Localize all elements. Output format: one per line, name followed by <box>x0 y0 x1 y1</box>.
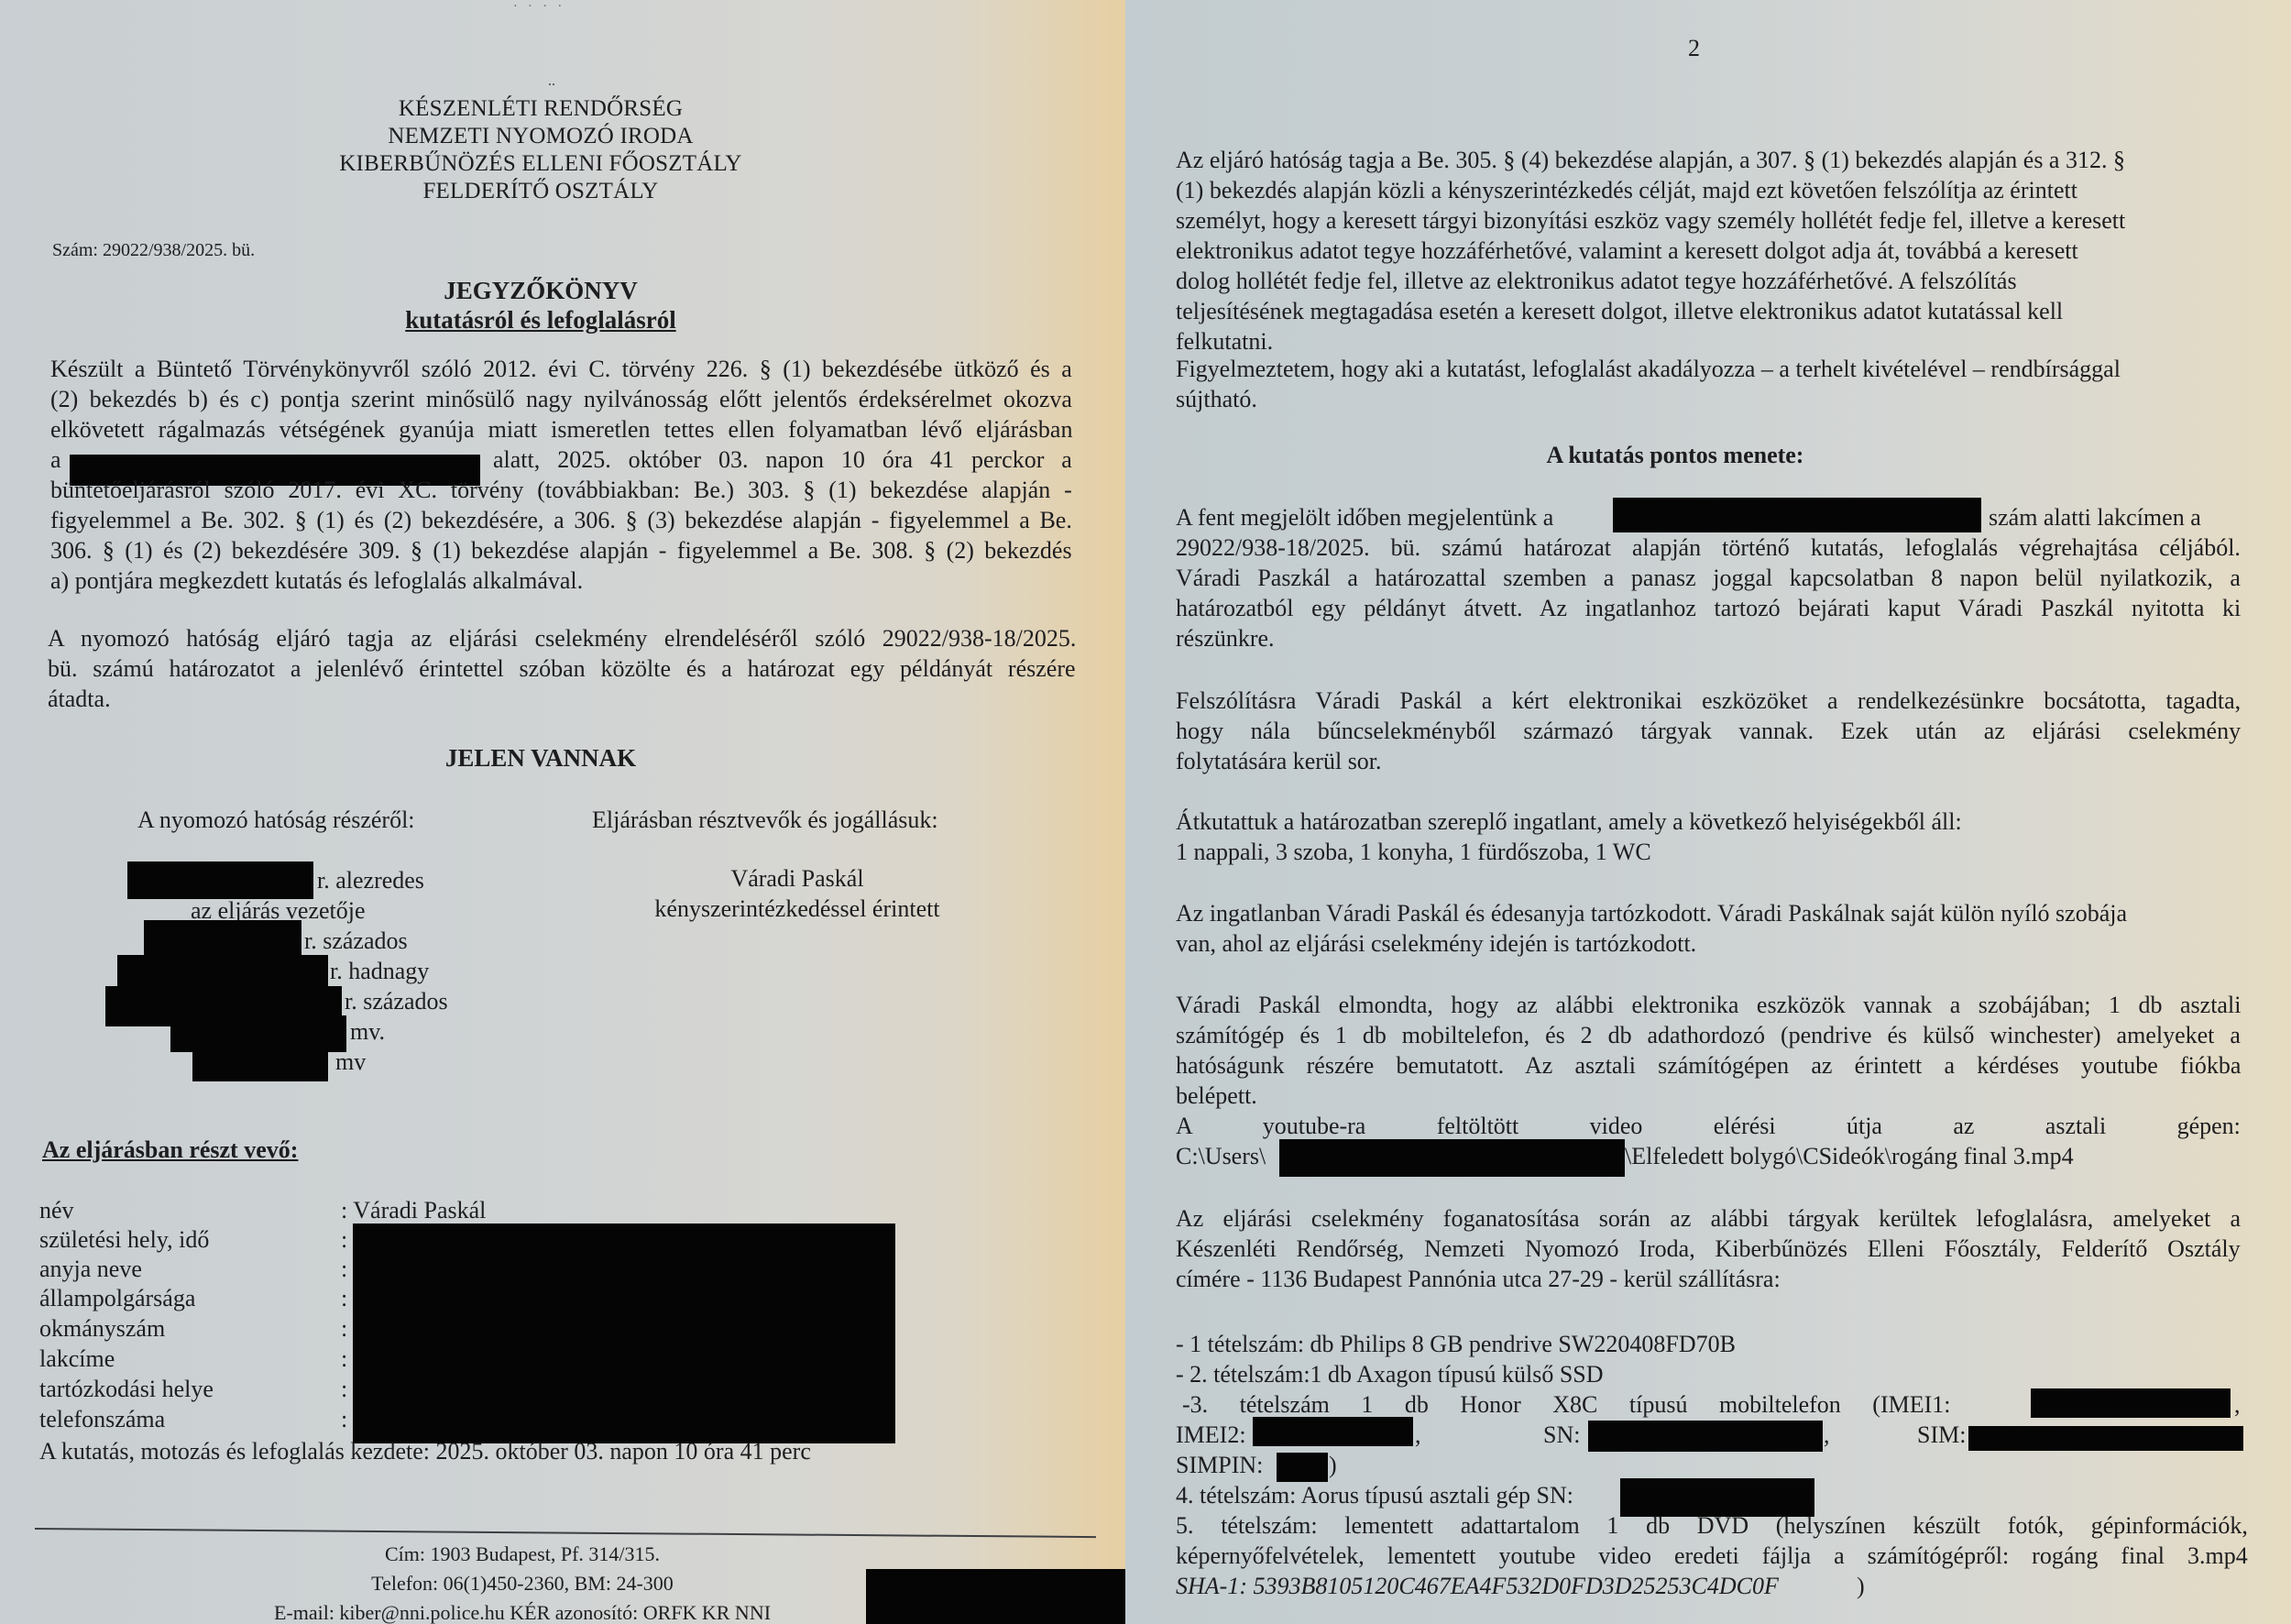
field-value: : <box>341 1283 347 1313</box>
video-path-prefix: C:\Users\ <box>1176 1141 1266 1171</box>
devices-line-1: Váradi Paskál elmondta, hogy az alábbi e… <box>1176 990 2241 1020</box>
arrival-line-4: határozatból egy példányt átvett. Az ing… <box>1176 593 2241 623</box>
redacted-phone-sn <box>1588 1421 1823 1452</box>
redacted-username <box>1279 1139 1625 1177</box>
intro-line-3: elkövetett rágalmazás vétségének gyanúja… <box>50 414 1072 444</box>
legal-line-1: Az eljáró hatóság tagja a Be. 305. § (4)… <box>1176 145 2125 175</box>
member-rank: r. százados <box>345 986 448 1016</box>
field-value: : <box>341 1254 347 1284</box>
participant-name: Váradi Paskál <box>605 865 990 893</box>
redacted-name <box>192 1045 328 1081</box>
redacted-simpin <box>1277 1453 1328 1482</box>
item5-close: ) <box>1857 1571 1865 1601</box>
redacted-sim <box>1968 1426 2243 1451</box>
summons-line-2: hogy nála bűncselekményből származó tárg… <box>1176 716 2241 746</box>
intro-line-4-prefix: a <box>50 444 61 475</box>
devices-line-5: A youtube-ra feltöltött video elérési út… <box>1176 1111 2241 1141</box>
field-label: lakcíme <box>39 1344 115 1374</box>
arrival-line-3: Váradi Paszkál a határozattal szemben a … <box>1176 563 2241 593</box>
top-dots: · · · · <box>513 0 565 15</box>
arrival-line-2: 29022/938-18/2025. bü. számú határozat a… <box>1176 532 2241 563</box>
document-page-1: · · · · .. KÉSZENLÉTI RENDŐRSÉG NEMZETI … <box>0 0 1125 1624</box>
seizure-line-3: címére - 1136 Budapest Pannónia utca 27-… <box>1176 1264 1781 1294</box>
intro-line-1: Készült a Büntető Törvénykönyvről szóló … <box>50 354 1072 384</box>
redacted-footer-id <box>866 1569 1125 1624</box>
rooms-line-2: 1 nappali, 3 szoba, 1 konyha, 1 fürdőszo… <box>1176 837 1651 867</box>
agency-line-2: NEMZETI NYOMOZÓ IRODA <box>312 123 770 150</box>
redacted-name <box>127 861 313 899</box>
agency-header: KÉSZENLÉTI RENDŐRSÉG NEMZETI NYOMOZÓ IRO… <box>312 95 770 205</box>
field-label: anyja neve <box>39 1254 142 1284</box>
legal-line-6: teljesítésének megtagadása esetén a kere… <box>1176 296 2063 326</box>
legal-line-5: dolog hollétét fedje fel, illetve az ele… <box>1176 266 2017 296</box>
legal-line-3: személyt, hogy a keresett tárgyi bizonyí… <box>1176 205 2125 236</box>
field-label: születési hely, idő <box>39 1224 209 1255</box>
arrival-line-5: részünkre. <box>1176 623 1275 653</box>
seizure-line-1: Az eljárási cselekmény foganatosítása so… <box>1176 1203 2241 1234</box>
header-mark: .. <box>548 73 555 90</box>
agency-line-3: KIBERBŰNÖZÉS ELLENI FŐOSZTÁLY <box>312 150 770 178</box>
intro-line-5: büntetőeljárásról szóló 2017. évi XC. tö… <box>50 475 1072 505</box>
seized-item-5-line-2: képernyőfelvételek, lementett youtube vi… <box>1176 1541 2248 1571</box>
field-label: név <box>39 1195 74 1225</box>
sha1-hash: SHA-1: 5393B8105120C467EA4F532D0FD3D2525… <box>1176 1571 1779 1601</box>
footer-email: E-mail: kiber@nni.police.hu KÉR azonosít… <box>220 1598 825 1624</box>
arrival-line-1-prefix: A fent megjelölt időben megjelentünk a <box>1176 502 1553 532</box>
member-rank: r. százados <box>304 926 408 956</box>
notice-line-2: bü. számú határozatot a jelenlévő érinte… <box>48 653 1076 684</box>
field-label: telefonszáma <box>39 1404 165 1434</box>
comma: , <box>2234 1389 2241 1420</box>
footer-phone: Telefon: 06(1)450-2360, BM: 24-300 <box>220 1569 825 1598</box>
member-rank: r. alezredes <box>317 865 424 895</box>
document-subtitle: kutatásról és lefoglalásról <box>312 306 770 335</box>
simpin-label: SIMPIN: <box>1176 1450 1263 1480</box>
field-label: tartózkodási helye <box>39 1374 214 1404</box>
devices-line-3: hatóságunk részére bemutatott. Az asztal… <box>1176 1050 2241 1081</box>
comma: , <box>1824 1420 1830 1450</box>
legal-line-8: Figyelmeztetem, hogy aki a kutatást, lef… <box>1176 354 2121 384</box>
seized-item-1: - 1 tételszám: db Philips 8 GB pendrive … <box>1176 1329 1736 1359</box>
document-page-2: 2 Az eljáró hatóság tagja a Be. 305. § (… <box>1125 0 2291 1624</box>
involved-heading: Az eljárásban részt vevő: <box>42 1136 298 1164</box>
intro-line-4: alatt, 2025. október 03. napon 10 óra 41… <box>493 444 1072 475</box>
field-value: : <box>341 1404 347 1434</box>
member-rank: mv <box>335 1047 366 1077</box>
field-label: állampolgársága <box>39 1283 195 1313</box>
sn-label: SN: <box>1543 1420 1580 1450</box>
participant-role: kényszerintézkedéssel érintett <box>605 895 990 923</box>
legal-line-4: elektronikus adatot tegye hozzáférhetővé… <box>1176 236 2078 266</box>
field-value: : <box>341 1344 347 1374</box>
page-number: 2 <box>1688 35 1700 62</box>
field-value: : <box>341 1374 347 1404</box>
intro-line-2: (2) bekezdés b) és c) pontja szerint min… <box>50 384 1072 414</box>
field-value: : <box>341 1224 347 1255</box>
summons-line-3: folytatására kerül sor. <box>1176 746 1382 776</box>
footer-divider <box>35 1528 1096 1538</box>
redacted-personal-data <box>353 1223 895 1443</box>
legal-line-7: felkutatni. <box>1176 326 1273 357</box>
seizure-line-2: Készenléti Rendőrség, Nemzeti Nyomozó Ir… <box>1176 1234 2241 1264</box>
seized-item-4: 4. tételszám: Aorus típusú asztali gép S… <box>1176 1480 1573 1510</box>
member-rank: mv. <box>350 1016 385 1047</box>
notice-line-1: A nyomozó hatóság eljáró tagja az eljárá… <box>48 623 1076 653</box>
field-value: : Váradi Paskál <box>341 1195 486 1225</box>
imei2-label: IMEI2: <box>1176 1420 1246 1450</box>
footer-contact: Cím: 1903 Budapest, Pf. 314/315. Telefon… <box>220 1540 825 1624</box>
seized-item-5-line-1: 5. tételszám: lementett adattartalom 1 d… <box>1176 1510 2248 1541</box>
authority-heading: A nyomozó hatóság részéről: <box>137 807 415 834</box>
procedure-heading: A kutatás pontos menete: <box>1400 442 1950 469</box>
redacted-name <box>144 920 301 957</box>
start-time: A kutatás, motozás és lefoglalás kezdete… <box>39 1436 811 1466</box>
agency-line-1: KÉSZENLÉTI RENDŐRSÉG <box>312 95 770 123</box>
occupants-line-1: Az ingatlanban Váradi Paskál és édesanyj… <box>1176 898 2127 928</box>
participants-heading: Eljárásban résztvevők és jogállásuk: <box>592 807 938 834</box>
video-path-suffix: \Elfeledett bolygó\CSideók\rogáng final … <box>1625 1141 2074 1171</box>
sim-label: SIM: <box>1917 1420 1966 1450</box>
case-number: Szám: 29022/938/2025. bü. <box>52 240 255 261</box>
field-value: : <box>341 1313 347 1344</box>
redacted-imei1 <box>2031 1388 2231 1418</box>
summons-line-1: Felszólításra Váradi Paskál a kért elekt… <box>1176 686 2241 716</box>
notice-line-3: átadta. <box>48 684 111 714</box>
redacted-imei2 <box>1253 1417 1413 1446</box>
legal-line-9: sújtható. <box>1176 384 1257 414</box>
devices-line-2: számítógép és 1 db mobiltelefon, és 2 db… <box>1176 1020 2241 1050</box>
redacted-address <box>1613 498 1981 532</box>
member-rank: r. hadnagy <box>330 956 429 986</box>
arrival-line-1-suffix: szám alatti lakcímen a <box>1989 502 2201 532</box>
intro-line-8: a) pontjára megkezdett kutatás és lefogl… <box>50 565 583 596</box>
comma: , <box>1415 1420 1421 1450</box>
footer-address: Cím: 1903 Budapest, Pf. 314/315. <box>220 1540 825 1569</box>
seized-item-3-line-1: -3. tételszám 1 db Honor X8C típusú mobi… <box>1182 1389 1951 1420</box>
document-title: JEGYZŐKÖNYV <box>312 277 770 305</box>
agency-line-4: FELDERÍTŐ OSZTÁLY <box>312 178 770 205</box>
rooms-line-1: Átkutattuk a határozatban szereplő ingat… <box>1176 807 1962 837</box>
field-label: okmányszám <box>39 1313 165 1344</box>
legal-line-2: (1) bekezdés alapján közli a kényszerint… <box>1176 175 2077 205</box>
item3-close: ) <box>1329 1450 1337 1480</box>
devices-line-4: belépett. <box>1176 1081 1257 1111</box>
intro-line-6: figyelemmel a Be. 302. § (1) és (2) beke… <box>50 505 1072 535</box>
occupants-line-2: van, ahol az eljárási cselekmény idején … <box>1176 928 1696 959</box>
intro-line-7: 306. § (1) és (2) bekezdésére 309. § (1)… <box>50 535 1072 565</box>
present-heading: JELEN VANNAK <box>312 744 770 773</box>
seized-item-2: - 2. tételszám:1 db Axagon típusú külső … <box>1176 1359 1604 1389</box>
